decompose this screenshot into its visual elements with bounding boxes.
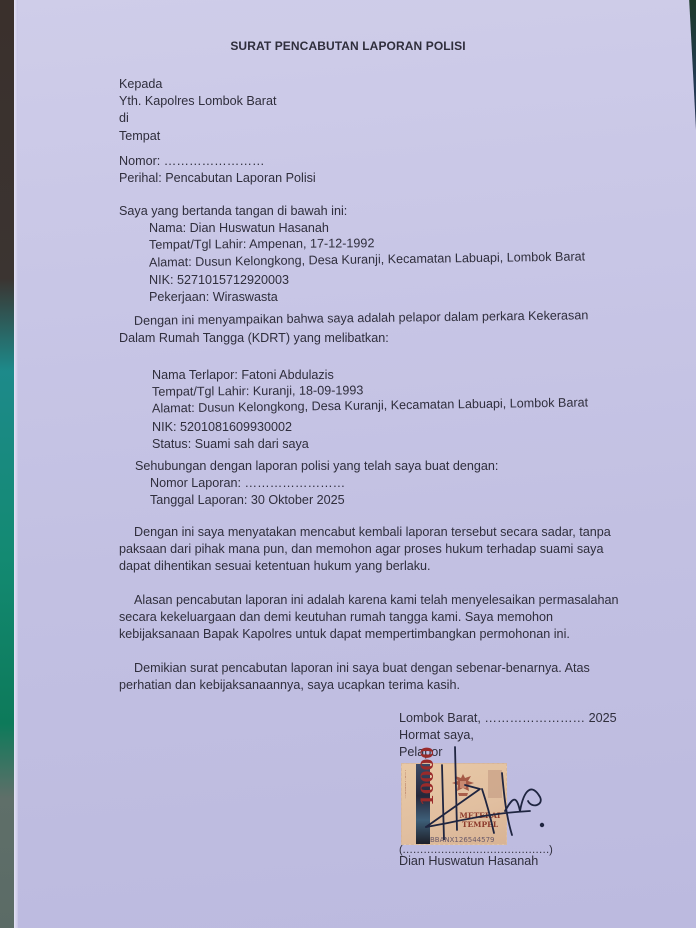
report-intro: Sehubungan dengan laporan polisi yang te… bbox=[135, 458, 498, 475]
letter-title: SURAT PENCABUTAN LAPORAN POLISI bbox=[0, 38, 696, 55]
report-date: Tanggal Laporan: 30 Oktober 2025 bbox=[135, 492, 498, 509]
paragraph-line: Dalam Rumah Tangga (KDRT) yang melibatka… bbox=[119, 330, 588, 347]
reported-block: Nama Terlapor: Fatoni Abdulazis Tempat/T… bbox=[119, 367, 588, 453]
stamp-label: METERAI TEMPEL bbox=[454, 812, 506, 829]
reporter-nik: NIK: 5271015712920003 bbox=[119, 272, 585, 289]
letter-number: Nomor: …………………… bbox=[119, 153, 316, 170]
paragraph-line: Demikian surat pencabutan laporan ini sa… bbox=[119, 660, 590, 677]
report-number: Nomor Laporan: …………………… bbox=[135, 475, 498, 492]
paragraph-line: Dengan ini menyampaikan bahwa saya adala… bbox=[119, 307, 589, 330]
recipient-line: di bbox=[119, 110, 277, 127]
stamp-label-line: TEMPEL bbox=[454, 821, 506, 830]
paragraph-line: secara kekeluargaan dan demi keutuhan ru… bbox=[119, 609, 618, 626]
garuda-emblem-icon bbox=[450, 771, 476, 799]
reporter-occupation: Pekerjaan: Wiraswasta bbox=[119, 289, 585, 306]
reporter-block: Saya yang bertanda tangan di bawah ini: … bbox=[119, 203, 585, 306]
report-reference: Sehubungan dengan laporan polisi yang te… bbox=[135, 458, 498, 510]
letter-document: SURAT PENCABUTAN LAPORAN POLISI Kepada Y… bbox=[0, 0, 696, 928]
paragraph-withdrawal: Dengan ini saya menyatakan mencabut kemb… bbox=[119, 524, 611, 576]
paragraph-line: kebijaksanaan Bapak Kapolres untuk dapat… bbox=[119, 626, 618, 643]
paragraph-line: Dengan ini saya menyatakan mencabut kemb… bbox=[119, 524, 611, 541]
recipient-line: Tempat bbox=[119, 128, 277, 145]
paragraph-line: perhatian dan kebijaksanaannya, saya uca… bbox=[119, 677, 590, 694]
signer-block: Dian Huswatun Hasanah bbox=[399, 853, 538, 870]
paragraph-case: Dengan ini menyampaikan bahwa saya adala… bbox=[119, 313, 588, 347]
stamp-panel bbox=[488, 770, 502, 798]
reported-nik: NIK: 5201081609930002 bbox=[119, 419, 588, 436]
letter-meta: Nomor: …………………… Perihal: Pencabutan Lapo… bbox=[119, 153, 316, 187]
recipient-line: Yth. Kapolres Lombok Barat bbox=[119, 93, 277, 110]
paragraph-line: paksaan dari pihak mana pun, dan memohon… bbox=[119, 541, 611, 558]
intro-text: Saya yang bertanda tangan di bawah ini: bbox=[119, 203, 585, 220]
place-date: Lombok Barat, …………………… 2025 bbox=[399, 710, 617, 727]
recipient-block: Kepada Yth. Kapolres Lombok Barat di Tem… bbox=[119, 76, 277, 145]
paragraph-line: Alasan pencabutan laporan ini adalah kar… bbox=[119, 592, 618, 609]
letter-subject: Perihal: Pencabutan Laporan Polisi bbox=[119, 170, 316, 187]
recipient-line: Kepada bbox=[119, 76, 277, 93]
paragraph-reason: Alasan pencabutan laporan ini adalah kar… bbox=[119, 592, 618, 644]
stamp-microtext: NKRI METERAI bbox=[405, 770, 413, 840]
stamp-value: 10000 bbox=[420, 747, 437, 806]
regards-text: Hormat saya, bbox=[399, 727, 617, 744]
revenue-stamp: NKRI METERAI 10000 METERAI TEMPEL BBANX1… bbox=[401, 763, 507, 845]
paragraph-line: dapat dihentikan sesuai ketentuan hukum … bbox=[119, 558, 611, 575]
reported-status: Status: Suami sah dari saya bbox=[119, 436, 588, 453]
paragraph-closing: Demikian surat pencabutan laporan ini sa… bbox=[119, 660, 590, 694]
signer-name: Dian Huswatun Hasanah bbox=[399, 853, 538, 870]
